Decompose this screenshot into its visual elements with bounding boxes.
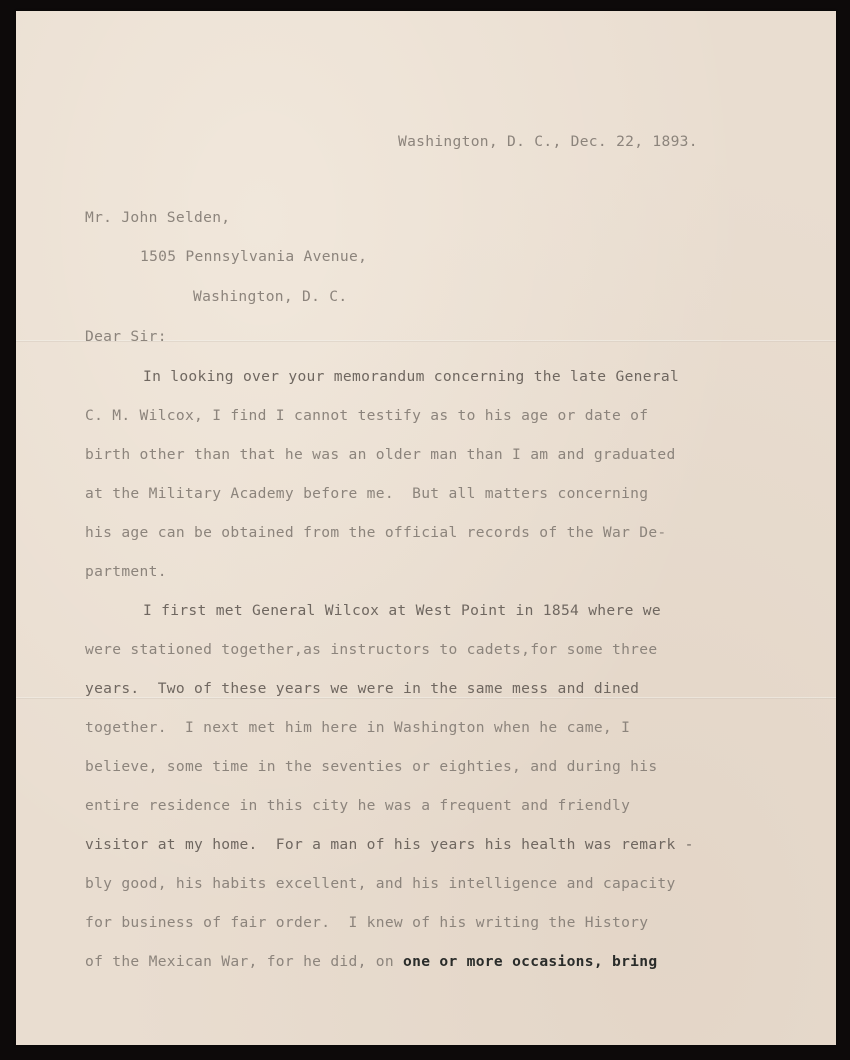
body-line: for business of fair order. I knew of hi… (85, 914, 648, 932)
body-line: partment. (85, 563, 167, 581)
body-line: visitor at my home. For a man of his yea… (85, 836, 694, 854)
body-line: years. Two of these years we were in the… (85, 680, 639, 698)
body-line: In looking over your memorandum concerni… (143, 368, 679, 386)
dateline: Washington, D. C., Dec. 22, 1893. (398, 133, 698, 151)
last-line-faint: of the Mexican War, for he did, on (85, 953, 403, 970)
body-line: entire residence in this city he was a f… (85, 797, 630, 815)
body-line: bly good, his habits excellent, and his … (85, 875, 676, 893)
body-line: believe, some time in the seventies or e… (85, 758, 657, 776)
body-line: at the Military Academy before me. But a… (85, 485, 648, 503)
body-line: his age can be obtained from the officia… (85, 524, 667, 542)
body-line: birth other than that he was an older ma… (85, 446, 676, 464)
salutation: Dear Sir: (85, 328, 167, 346)
body-line: I first met General Wilcox at West Point… (143, 602, 661, 620)
addressee-city: Washington, D. C. (193, 288, 347, 306)
body-line: were stationed together,as instructors t… (85, 641, 657, 659)
last-line-dark: one or more occasions, bring (403, 953, 657, 970)
addressee-street: 1505 Pennsylvania Avenue, (140, 248, 367, 266)
body-line: C. M. Wilcox, I find I cannot testify as… (85, 407, 648, 425)
letter-page: Washington, D. C., Dec. 22, 1893. Mr. Jo… (16, 11, 836, 1045)
body-line-last: of the Mexican War, for he did, on one o… (85, 953, 657, 971)
addressee-name: Mr. John Selden, (85, 209, 230, 227)
body-line: together. I next met him here in Washing… (85, 719, 630, 737)
